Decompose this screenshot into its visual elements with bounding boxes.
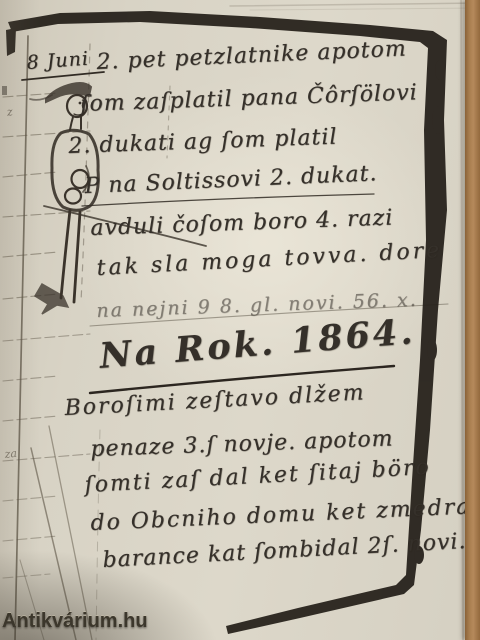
handwritten-line: ſom zaſplatil pana Čôrſölovi <box>80 80 418 117</box>
handwritten-line: tak sla moga tovva. dore <box>96 238 443 281</box>
margin-date: 8 Juni <box>26 48 90 74</box>
handwritten-line: 2. dukati ag ſom platil <box>68 125 338 159</box>
handwritten-line: avduli čoſom boro 4. razi <box>90 205 394 241</box>
margin-scribble: za <box>4 447 18 461</box>
year-heading: Na Rok. 1864. <box>98 311 417 377</box>
margin-scribble: z <box>6 105 14 119</box>
handwritten-line: barance kat ſombidal 2ſ. novi. <box>102 529 467 573</box>
handwritten-line: Boroſimi zeſtavo dlžem <box>64 380 366 421</box>
handwritten-line: penaze 3.ſ novje. apotom <box>90 426 394 462</box>
table-edge <box>465 0 480 640</box>
handwritten-line: P na Soltissovi 2. dukat. <box>84 161 378 199</box>
handwritten-line: ſomti zaſ dal ket ſitaj böro <box>84 455 431 498</box>
handwritten-line: do Obcniho domu ket zmedrali <box>90 494 480 536</box>
antikvarium-watermark: Antikvárium.hu <box>2 610 148 633</box>
handwritten-line: 2. pet petzlatnike apotom <box>96 36 407 75</box>
manuscript-photo: 8 Juni 2. pet petzlatnike apotom ſom zaſ… <box>0 0 480 640</box>
